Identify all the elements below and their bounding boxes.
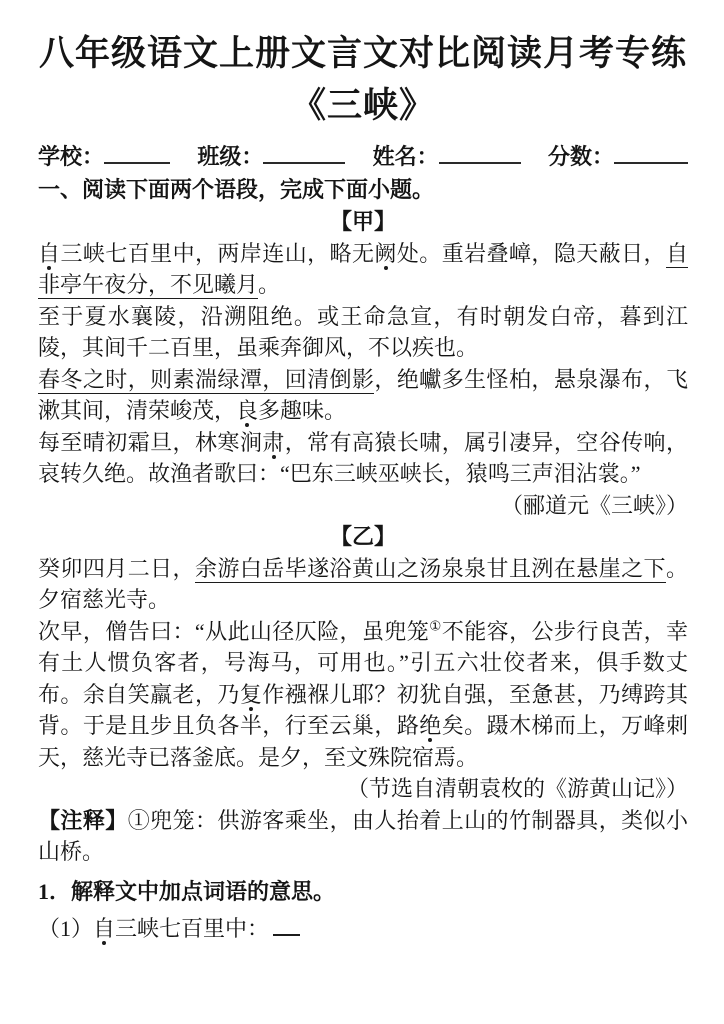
school-field: 学校： — [38, 142, 170, 172]
underlined-phrase: 春冬之时，则素湍绿潭，回清倒影 — [38, 367, 374, 394]
exam-document-page: 八年级语文上册文言文对比阅读月考专练 《三峡》 学校： 班级： 姓名： 分数： … — [0, 0, 724, 1024]
section-one-heading: 一、阅读下面两个语段，完成下面小题。 — [38, 174, 688, 206]
jia-paragraph-1: 自三峡七百里中，两岸连山，略无阙处。重岩叠嶂，隐天蔽日，自非亭午夜分，不见曦月。 — [38, 238, 688, 301]
class-field: 班级： — [197, 142, 345, 172]
document-title: 八年级语文上册文言文对比阅读月考专练 《三峡》 — [38, 28, 688, 132]
passage-yi-label: 【乙】 — [38, 521, 688, 553]
emphasized-char: 自 — [93, 916, 115, 941]
class-blank — [263, 144, 345, 164]
class-label: 班级： — [197, 144, 263, 169]
emphasized-char: 自 — [38, 241, 60, 266]
school-label: 学校： — [38, 144, 104, 169]
footnote-paragraph: 【注释】①兜笼：供游客乘坐，由人抬着上山的竹制器具，类似小山桥。 — [38, 805, 688, 868]
footnote-label: 【注释】 — [38, 808, 128, 833]
name-field: 姓名： — [373, 142, 521, 172]
title-line-1: 八年级语文上册文言文对比阅读月考专练 — [38, 28, 688, 80]
emphasized-char: 绝 — [419, 713, 441, 738]
jia-attribution: （郦道元《三峡》） — [38, 490, 688, 522]
underlined-phrase: 余游白岳毕遂浴黄山之汤泉泉甘且洌在悬崖之下 — [195, 556, 666, 583]
emphasized-char: 肃 — [262, 430, 284, 455]
emphasized-char: 阙 — [374, 241, 396, 266]
score-field: 分数： — [548, 142, 688, 172]
question-1-sub-1: （1）自三峡七百里中： — [38, 914, 688, 944]
jia-paragraph-3: 春冬之时，则素湍绿潭，回清倒影，绝巘多生怪柏，悬泉瀑布，飞漱其间，清荣峻茂，良多… — [38, 364, 688, 427]
title-line-2: 《三峡》 — [38, 80, 688, 132]
emphasized-char: 良 — [236, 398, 258, 423]
footnote-text: ①兜笼：供游客乘坐，由人抬着上山的竹制器具，类似小山桥。 — [38, 808, 688, 865]
footnote-marker-1: ① — [429, 618, 442, 633]
yi-paragraph-2: 次早，僧告曰：“从此山径仄险，虽兜笼①不能容，公步行良苦，幸有土人惯负客者，号海… — [38, 616, 688, 774]
name-label: 姓名： — [373, 144, 439, 169]
yi-paragraph-1: 癸卯四月二日，余游白岳毕遂浴黄山之汤泉泉甘且洌在悬崖之下。夕宿慈光寺。 — [38, 553, 688, 616]
emphasized-char: 复 — [240, 682, 262, 707]
jia-paragraph-2: 至于夏水襄陵，沿溯阻绝。或王命急宣，有时朝发白帝，暮到江陵，其间千二百里，虽乘奔… — [38, 301, 688, 364]
score-label: 分数： — [548, 144, 614, 169]
yi-attribution: （节选自清朝袁枚的《游黄山记》） — [38, 773, 688, 805]
school-blank — [104, 144, 170, 164]
score-blank — [614, 144, 688, 164]
name-blank — [439, 144, 521, 164]
jia-paragraph-4: 每至晴初霜旦，林寒涧肃，常有高猿长啸，属引凄异，空谷传响，哀转久绝。故渔者歌曰：… — [38, 427, 688, 490]
question-1-heading: 1．解释文中加点词语的意思。 — [38, 877, 688, 907]
passage-jia-label: 【甲】 — [38, 206, 688, 238]
answer-blank — [273, 918, 300, 936]
student-info-row: 学校： 班级： 姓名： 分数： — [38, 142, 688, 172]
